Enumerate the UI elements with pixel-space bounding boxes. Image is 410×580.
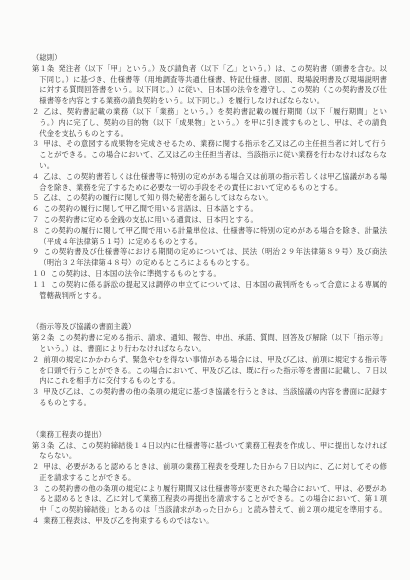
clause-text: 甲及び乙は、この契約書の他の条項の規定に基づき協議を行うときは、当該協議の内容を… [39,387,387,407]
clause-number: ３ [32,387,39,396]
clause-number: ８ [32,226,39,235]
clause-number: 第２条 [32,333,54,342]
clause-text: この契約書及び仕様書等における期間の定めについては、民法（明治２９年法律第８９号… [39,247,387,267]
clause-text: この契約の履行に関して甲乙間で用いる計量単位は、仕様書等に特別の定めがある場合を… [39,226,387,246]
clause-text: この契約書の他の条項の規定により履行期間又は仕様書等が変更された場合において、甲… [39,484,387,515]
clause-text: 甲は、その意図する成果物を完成させるため、業務に関する指示を乙又は乙の主任担当者… [39,139,387,170]
clause-text: この契約の履行に関して甲乙間で用いる言語は、日本語とする。 [43,204,258,213]
clause-text: この契約書に定める指示、請求、通知、報告、申出、承諾、質問、回答及び解除（以下「… [39,333,387,353]
clause-paragraph: 第３条乙は、この契約締結後１４日以内に仕様書等に基づいて業務工程表を作成し、甲に… [32,441,387,463]
clause-text: 乙は、契約書記載の業務（以下「業務」という。）を契約書記載の履行期間（以下「履行… [39,107,387,138]
clause-number: ５ [32,193,39,202]
clause-paragraph: ６この契約の履行に関して甲乙間で用いる言語は、日本語とする。 [32,204,387,215]
section-heading: （指示等及び協議の書面主義） [32,322,387,333]
clause-number: ４ [32,516,39,525]
contract-section: （業務工程表の提出）第３条乙は、この契約締結後１４日以内に仕様書等に基づいて業務… [32,430,387,527]
section-heading: （総則） [32,53,387,64]
clause-text: この契約書に定める金銭の支払に用いる通貨は、日本円とする。 [43,215,258,224]
clause-number: ７ [32,215,39,224]
clause-text: 甲は、必要があると認めるときは、前項の業務工程表を受理した日から７日以内に、乙に… [39,462,387,482]
clause-paragraph: ８この契約の履行に関して甲乙間で用いる計量単位は、仕様書等に特別の定めがある場合… [32,226,387,248]
clause-paragraph: ２前項の規定にかかわらず、緊急やむを得ない事情がある場合には、甲及び乙は、前項に… [32,355,387,387]
contract-section: （指示等及び協議の書面主義）第２条この契約書に定める指示、請求、通知、報告、申出… [32,322,387,408]
clause-number: ９ [32,247,40,256]
clause-number: ２ [32,355,39,364]
clause-paragraph: ４業務工程表は、甲及び乙を拘束するものではない。 [32,516,387,527]
clause-paragraph: ２甲は、必要があると認めるときは、前項の業務工程表を受理した日から７日以内に、乙… [32,462,387,484]
clause-paragraph: ５乙は、この契約の履行に関して知り得た秘密を漏らしてはならない。 [32,193,387,204]
clause-paragraph: ９この契約書及び仕様書等における期間の定めについては、民法（明治２９年法律第８９… [32,247,387,269]
clause-text: 発注者（以下「甲」という。）及び請負者（以下「乙」という。）は、この契約書（頭書… [39,64,387,105]
clause-text: 乙は、この契約書若しくは仕様書等に特別の定めがある場合又は前項の指示若しくは甲乙… [39,172,387,192]
clause-number: ３ [32,139,39,148]
clause-number: 第３条 [32,441,54,450]
clause-paragraph: 第２条この契約書に定める指示、請求、通知、報告、申出、承諾、質問、回答及び解除（… [32,333,387,355]
clause-text: 前項の規定にかかわらず、緊急やむを得ない事情がある場合には、甲及び乙は、前項に規… [39,355,387,386]
contract-section: （総則）第１条発注者（以下「甲」という。）及び請負者（以下「乙」という。）は、こ… [32,53,387,301]
clause-number: １０ [32,269,47,278]
clause-number: ６ [32,204,39,213]
clause-text: 乙は、この契約締結後１４日以内に仕様書等に基づいて業務工程表を作成し、甲に提出し… [39,441,387,461]
clause-number: ３ [32,484,39,493]
clause-text: 業務工程表は、甲及び乙を拘束するものではない。 [43,516,213,525]
clause-number: ２ [32,107,40,116]
section-heading: （業務工程表の提出） [32,430,387,441]
clause-paragraph: ３甲は、その意図する成果物を完成させるため、業務に関する指示を乙又は乙の主任担当… [32,139,387,171]
clause-text: この契約は、日本国の法令に準拠するものとする。 [51,269,221,278]
clause-number: 第１条 [32,64,54,73]
clause-paragraph: ３甲及び乙は、この契約書の他の条項の規定に基づき協議を行うときは、当該協議の内容… [32,387,387,409]
clause-paragraph: １０この契約は、日本国の法令に準拠するものとする。 [32,269,387,280]
clause-number: ２ [32,462,39,471]
clause-paragraph: ２乙は、契約書記載の業務（以下「業務」という。）を契約書記載の履行期間（以下「履… [32,107,387,139]
contract-document-page: （総則）第１条発注者（以下「甲」という。）及び請負者（以下「乙」という。）は、こ… [0,0,410,580]
clause-paragraph: 第１条発注者（以下「甲」という。）及び請負者（以下「乙」という。）は、この契約書… [32,64,387,107]
clause-text: 乙は、この契約の履行に関して知り得た秘密を漏らしてはならない。 [43,193,272,202]
clause-paragraph: ７この契約書に定める金銭の支払に用いる通貨は、日本円とする。 [32,215,387,226]
clause-paragraph: ４乙は、この契約書若しくは仕様書等に特別の定めがある場合又は前項の指示若しくは甲… [32,172,387,194]
clause-paragraph: ３この契約書の他の条項の規定により履行期間又は仕様書等が変更された場合において、… [32,484,387,516]
clause-text: この契約に係る訴訟の提起又は調停の申立てについては、日本国の裁判所をもって合意に… [39,280,387,300]
clause-number: １１ [32,280,47,289]
document-body: （総則）第１条発注者（以下「甲」という。）及び請負者（以下「乙」という。）は、こ… [32,53,387,527]
clause-paragraph: １１この契約に係る訴訟の提起又は調停の申立てについては、日本国の裁判所をもって合… [32,280,387,302]
clause-number: ４ [32,172,39,181]
